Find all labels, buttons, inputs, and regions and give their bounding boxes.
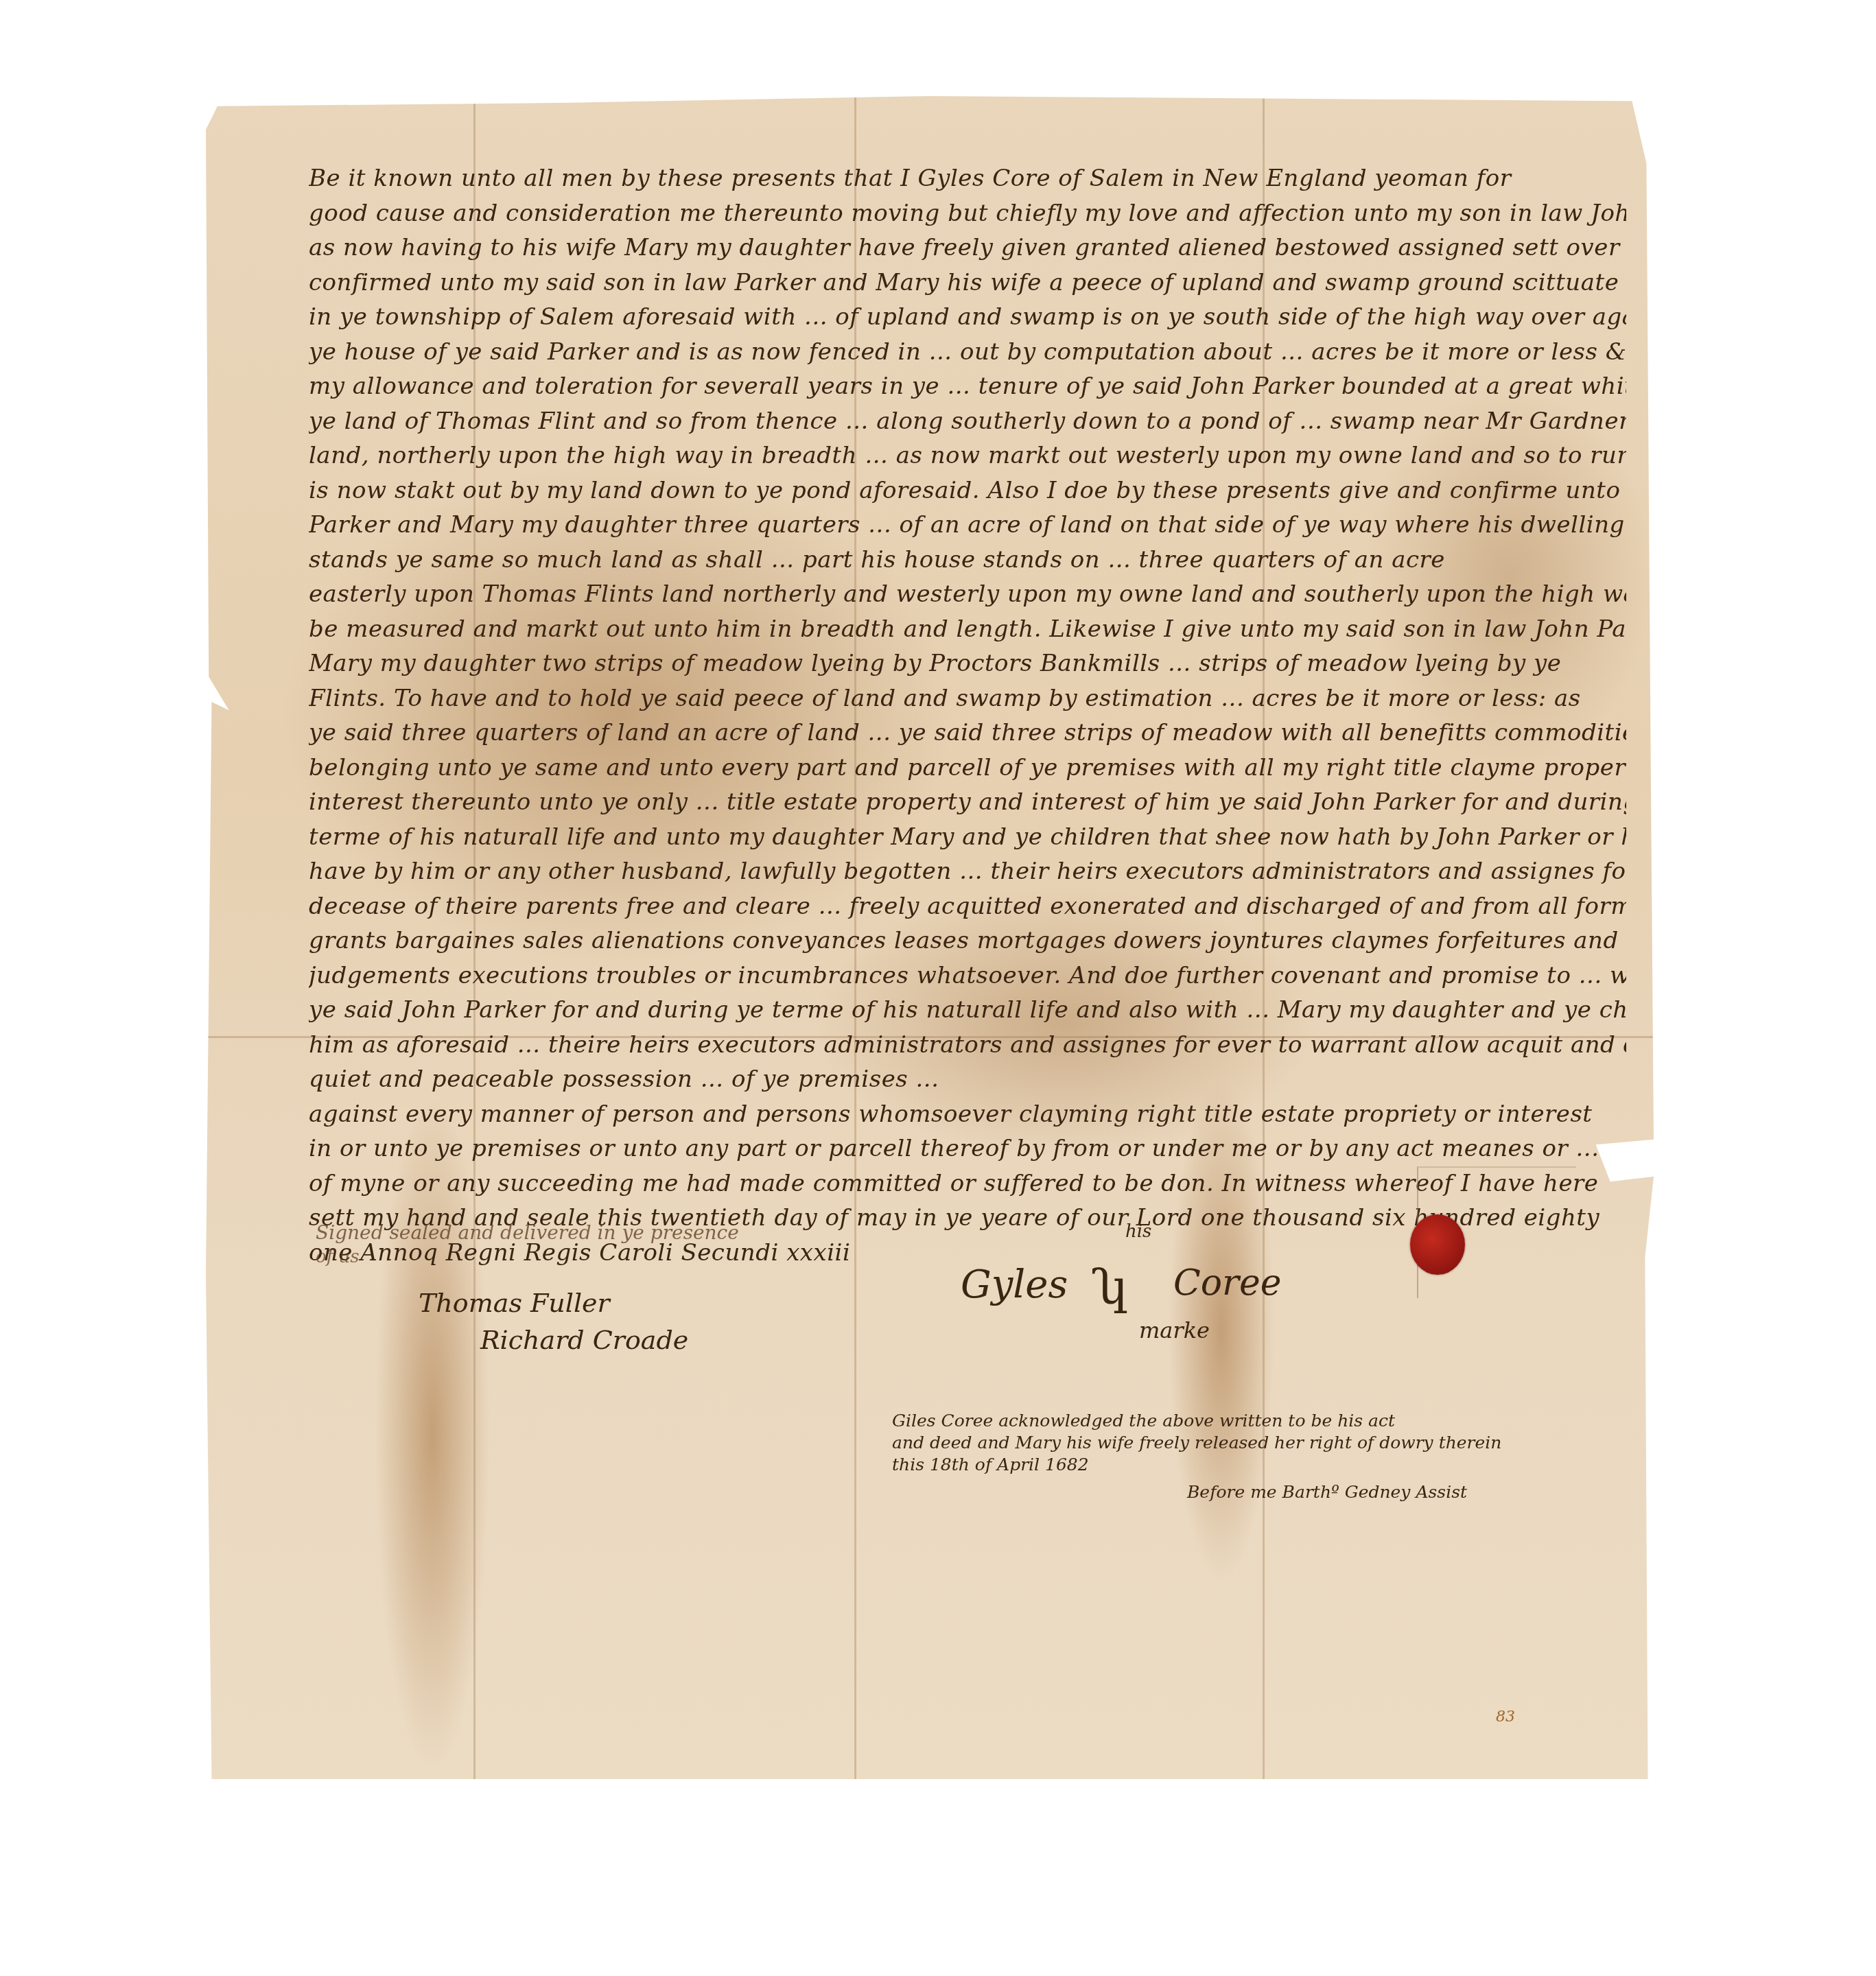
deed-line: Mary my daughter two strips of meadow ly… [309,646,1626,681]
signature-marke: marke [1139,1317,1210,1343]
deed-line: stands ye same so much land as shall ...… [309,543,1626,578]
deed-line: decease of theire parents free and clear… [309,889,1626,924]
deed-line: quiet and peaceable possession ... of ye… [309,1062,1626,1097]
signature-mark-icon: ʮ [1091,1259,1129,1315]
acknowledgement-before: Before me Barthº Gedney Assist [1187,1481,1578,1503]
signature-his: his [1125,1221,1151,1242]
deed-line: Be it known unto all men by these presen… [309,161,1626,196]
deed-line: be measured and markt out unto him in br… [309,612,1626,647]
deed-line: in ye townshipp of Salem aforesaid with … [309,300,1626,335]
signature-first-name: Gyles [961,1262,1068,1307]
deed-line: in or unto ye premises or unto any part … [309,1131,1626,1166]
acknowledgement-note: Giles Coree acknowledged the above writt… [892,1410,1578,1503]
deed-line: Flints. To have and to hold ye said peec… [309,681,1626,716]
deed-line: good cause and consideration me thereunt… [309,196,1626,231]
deed-line: ye land of Thomas Flint and so from then… [309,404,1626,439]
deed-line: my allowance and toleration for severall… [309,369,1626,404]
deed-line: ye said three quarters of land an acre o… [309,716,1626,751]
wax-seal-icon [1410,1214,1465,1275]
deed-line: terme of his naturall life and unto my d… [309,820,1626,855]
deed-line: is now stakt out by my land down to ye p… [309,473,1626,508]
acknowledgement-line: and deed and Mary his wife freely releas… [892,1432,1578,1454]
deed-line: land, northerly upon the high way in bre… [309,438,1626,473]
deed-line: easterly upon Thomas Flints land norther… [309,577,1626,612]
witness-signature: Richard Croade [480,1325,739,1355]
deed-line: have by him or any other husband, lawful… [309,854,1626,889]
witness-subheading: of us [316,1247,739,1267]
deed-line: ye house of ye said Parker and is as now… [309,335,1626,370]
deed-line: interest thereunto unto ye only ... titl… [309,785,1626,820]
deed-line: as now having to his wife Mary my daught… [309,231,1626,266]
witness-heading: Signed sealed and delivered in ye presen… [316,1221,739,1244]
acknowledgement-line: this 18th of April 1682 [892,1454,1578,1476]
deed-line: against every manner of person and perso… [309,1097,1626,1132]
deed-paper: Be it known unto all men by these presen… [206,96,1654,1779]
deed-line: confirmed unto my said son in law Parker… [309,266,1626,301]
witness-signature: Thomas Fuller [419,1288,739,1318]
deed-line: grants bargaines sales alienations conve… [309,924,1626,958]
deed-line: ye said John Parker for and during ye te… [309,993,1626,1028]
deed-line: judgements executions troubles or incumb… [309,958,1626,993]
docket-mark: 83 [1496,1708,1515,1726]
signature-last-name: Coree [1173,1262,1282,1304]
witness-section: Signed sealed and delivered in ye presen… [316,1221,739,1355]
deed-body-text: Be it known unto all men by these presen… [309,161,1626,1270]
deed-line: him as aforesaid ... theire heirs execut… [309,1028,1626,1063]
deed-line: Parker and Mary my daughter three quarte… [309,508,1626,543]
deed-line: belonging unto ye same and unto every pa… [309,751,1626,786]
acknowledgement-line: Giles Coree acknowledged the above writt… [892,1410,1578,1432]
